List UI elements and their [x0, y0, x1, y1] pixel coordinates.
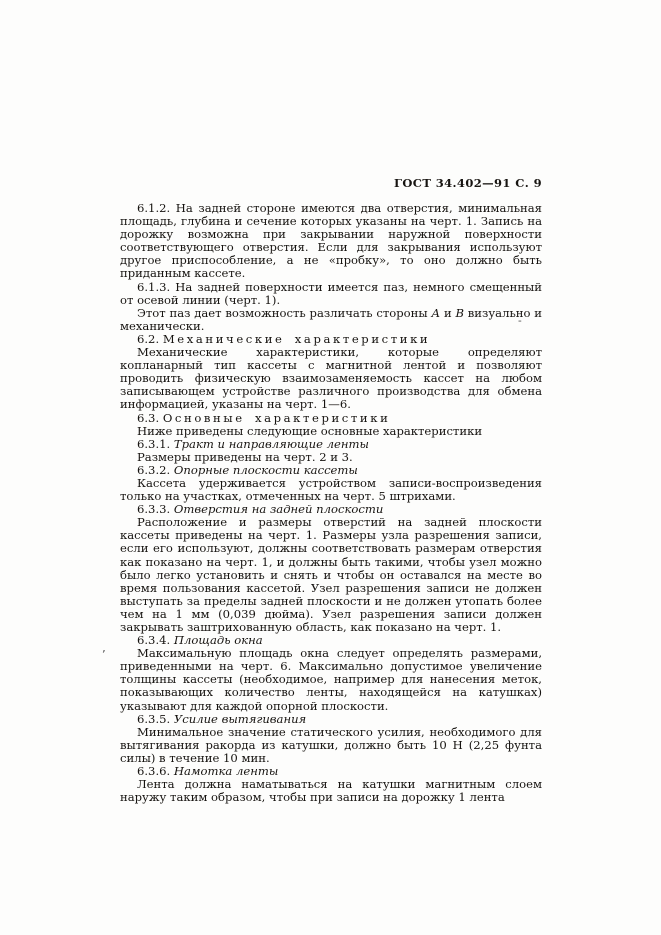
text-segment: 6.3.1. — [137, 437, 174, 451]
text-segment: Механические характеристики, которые опр… — [120, 345, 542, 411]
left-margin-scan-mark: ’ — [102, 648, 106, 661]
text-segment: Усилие вытягивания — [174, 712, 306, 726]
text-segment: Тракт и направляющие ленты — [174, 437, 369, 451]
text-segment: Минимальное значение статического усилия… — [120, 725, 542, 765]
para-6-3-4-body: Максимальную площадь окна следует опреде… — [120, 647, 542, 712]
text-segment: А — [431, 306, 440, 320]
para-6-3-2-body: Кассета удерживается устройством записи-… — [120, 477, 542, 503]
text-segment: Кассета удерживается устройством записи-… — [120, 476, 542, 503]
para-6-3-6-body: Лента должна наматываться на катушки маг… — [120, 778, 542, 804]
text-segment: 6.1.3. На задней поверхности имеется паз… — [120, 280, 542, 307]
text-block: 6.1.2. На задней стороне имеются два отв… — [120, 202, 542, 804]
text-segment: Максимальную площадь окна следует опреде… — [120, 646, 542, 712]
para-groove-note: Этот паз дает возможность различать стор… — [120, 307, 542, 333]
text-segment: Механические характеристики — [163, 332, 430, 346]
text-segment: 6.3.3. — [137, 502, 174, 516]
text-segment: Размеры приведены на черт. 2 и 3. — [137, 450, 353, 464]
text-segment: 6.3. — [137, 411, 163, 425]
text-segment: Отверстия на задней плоскости — [174, 502, 384, 516]
text-segment: Намотка ленты — [174, 764, 278, 778]
text-segment: 6.3.6. — [137, 764, 174, 778]
text-segment: Опорные плоскости кассеты — [174, 463, 358, 477]
para-6-2-body: Механические характеристики, которые опр… — [120, 346, 542, 411]
para-6-1-3: 6.1.3. На задней поверхности имеется паз… — [120, 281, 542, 307]
text-segment: Расположение и размеры отверстий на задн… — [120, 515, 542, 634]
para-6-3-5-body: Минимальное значение статического усилия… — [120, 726, 542, 765]
text-segment: В — [455, 306, 464, 320]
document-page: ГОСТ 34.402—91 С. 9 ’ - 6.1.2. На задней… — [0, 0, 661, 935]
para-6-3-3-body: Расположение и размеры отверстий на задн… — [120, 516, 542, 634]
text-segment: и — [440, 306, 455, 320]
text-segment: Этот паз дает возможность различать стор… — [137, 306, 431, 320]
text-segment: 6.3.2. — [137, 463, 174, 477]
text-segment: Ниже приведены следующие основные характ… — [137, 424, 482, 438]
text-segment: 6.1.2. На задней стороне имеются два отв… — [120, 201, 542, 280]
text-segment: Лента должна наматываться на катушки маг… — [120, 777, 542, 804]
text-segment: 6.2. — [137, 332, 163, 346]
text-segment: 6.3.4. — [137, 633, 174, 647]
text-segment: Основные характеристики — [163, 411, 391, 425]
text-segment: Площадь окна — [174, 633, 263, 647]
text-segment: 6.3.5. — [137, 712, 174, 726]
para-6-1-2: 6.1.2. На задней стороне имеются два отв… — [120, 202, 542, 281]
page-header: ГОСТ 34.402—91 С. 9 — [120, 176, 542, 190]
